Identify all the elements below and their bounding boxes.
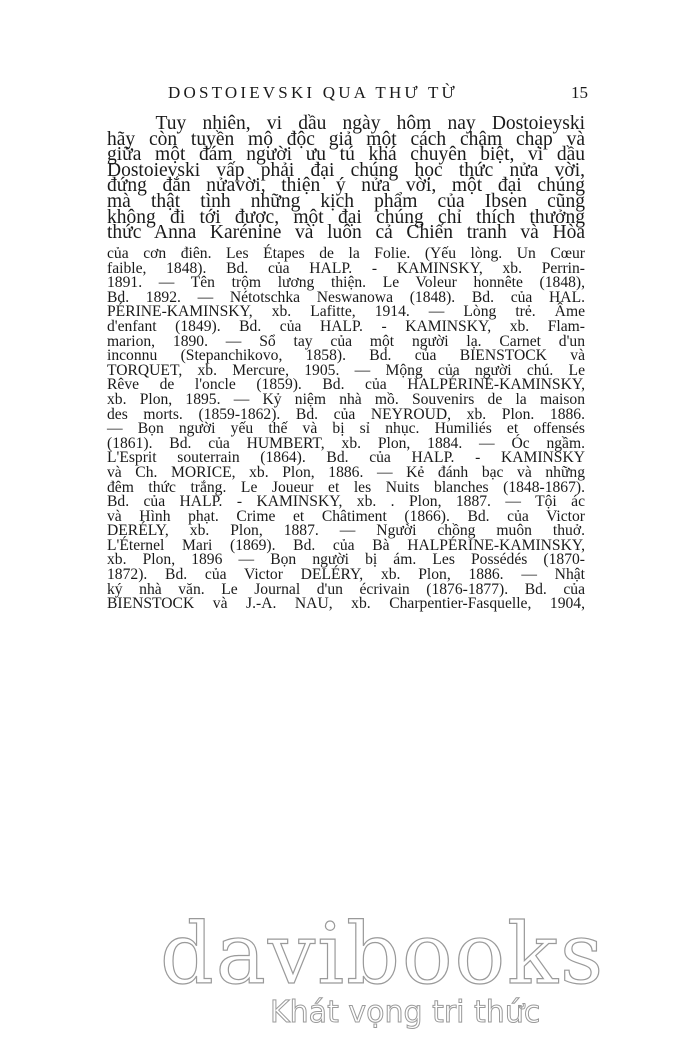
note-line: BIENSTOCK và J.-A. NAU, xb. Charpentier-… bbox=[107, 597, 585, 612]
running-title: DOSTOIEVSKI QUA THƯ TỪ bbox=[168, 83, 458, 103]
main-paragraph: Tuy nhiên, vi dầu ngày hôm nay Dostoieys… bbox=[107, 116, 585, 241]
running-header: DOSTOIEVSKI QUA THƯ TỪ 15 bbox=[168, 83, 588, 105]
watermark-brand: davibooks bbox=[160, 905, 605, 1003]
page-number: 15 bbox=[571, 83, 588, 103]
watermark-tagline: Khát vọng tri thức bbox=[270, 995, 540, 1030]
bibliography-notes: của cơn điên. Les Étapes de la Folie. (Y… bbox=[107, 247, 585, 612]
book-page: DOSTOIEVSKI QUA THƯ TỪ 15 Tuy nhiên, vi … bbox=[0, 0, 700, 1039]
body-line: thức Anna Karénine và luôn cả Chiến tran… bbox=[107, 225, 585, 241]
publisher-watermark: davibooks Khát vọng tri thức bbox=[150, 905, 570, 1035]
